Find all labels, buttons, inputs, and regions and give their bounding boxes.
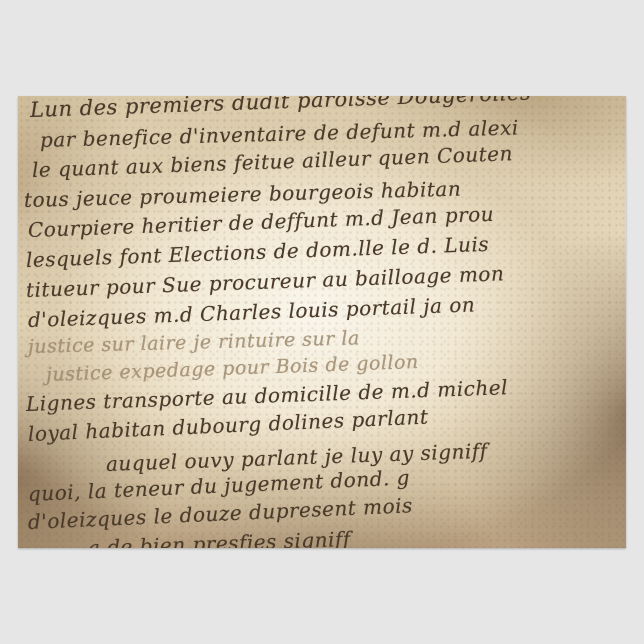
manuscript-print: Lun des premiers dudit paroisse Dougerol…: [18, 96, 626, 548]
manuscript-line: a de bien presfies signiff: [88, 527, 352, 548]
page-background: Lun des premiers dudit paroisse Dougerol…: [0, 0, 644, 644]
manuscript-line-faded: justice sur laire je rintuire sur la: [28, 327, 360, 358]
